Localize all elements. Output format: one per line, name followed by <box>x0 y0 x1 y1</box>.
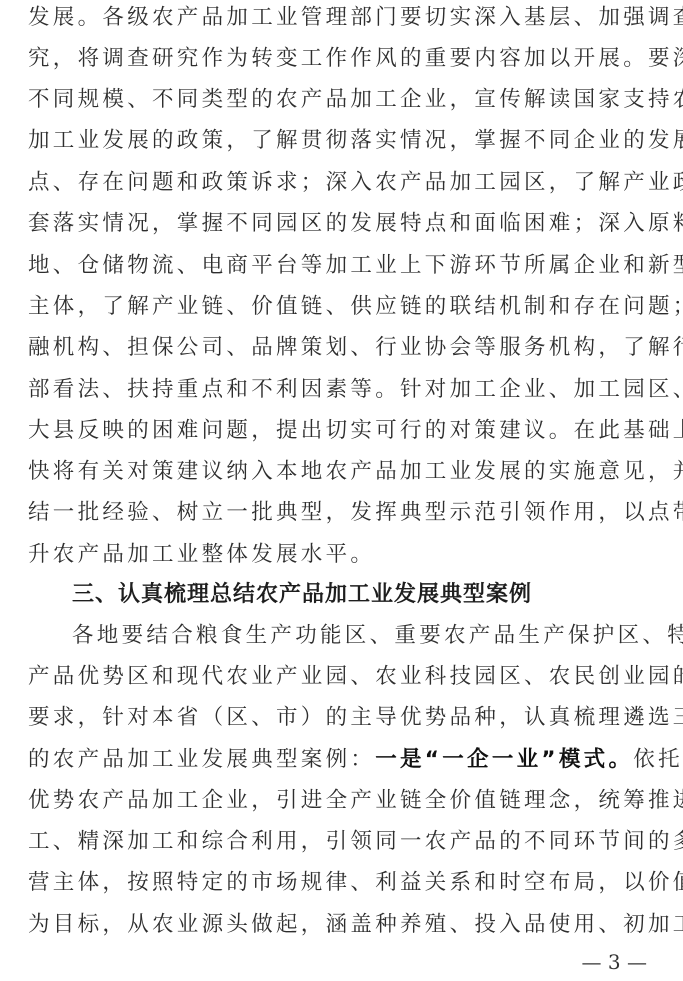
text-line: 快将有关对策建议纳入本地农产品加工业发展的实施意见，并总 <box>28 457 660 487</box>
text-line: 产品优势区和现代农业产业园、农业科技园区、农民创业园的建设 <box>28 662 660 692</box>
section-heading: 三、认真梳理总结农产品加工业发展典型案例 <box>72 580 532 610</box>
text-span: 的农产品加工业发展典型案例： <box>28 747 375 772</box>
text-line: 不同规模、不同类型的农产品加工企业，宣传解读国家支持农产品 <box>28 85 660 115</box>
text-line: 套落实情况，掌握不同园区的发展特点和面临困难；深入原料基 <box>28 209 660 239</box>
text-line: 大县反映的困难问题，提出切实可行的对策建议。在此基础上，尽 <box>28 416 660 446</box>
text-span: 依托特色 <box>633 747 683 772</box>
text-line: 工、精深加工和综合利用，引领同一农产品的不同环节间的多个经 <box>28 827 660 857</box>
text-line: 各地要结合粮食生产功能区、重要农产品生产保护区、特色农 <box>28 621 660 651</box>
text-line: 点、存在问题和政策诉求；深入农产品加工园区，了解产业政策配 <box>28 168 660 198</box>
bold-model-name: 一是“一企一业”模式。 <box>375 747 633 772</box>
text-line: 部看法、扶持重点和不利因素等。针对加工企业、加工园区、加工 <box>28 375 660 405</box>
text-line: 结一批经验、树立一批典型，发挥典型示范引领作用，以点带面，提 <box>28 498 660 528</box>
text-line: 融机构、担保公司、品牌策划、行业协会等服务机构，了解行业的外 <box>28 333 660 363</box>
text-line-with-bold: 的农产品加工业发展典型案例：一是“一企一业”模式。依托特色 <box>28 745 660 775</box>
text-line: 究，将调查研究作为转变工作作风的重要内容加以开展。要深入 <box>28 44 660 74</box>
text-line: 地、仓储物流、电商平台等加工业上下游环节所属企业和新型经营 <box>28 251 660 281</box>
page-number: — 3 — <box>582 950 647 974</box>
text-line: 发展。各级农产品加工业管理部门要切实深入基层、加强调查研 <box>28 3 660 33</box>
text-line: 优势农产品加工企业，引进全产业链全价值链理念，统筹推进初加 <box>28 786 660 816</box>
text-line: 升农产品加工业整体发展水平。 <box>28 540 660 570</box>
text-line: 要求，针对本省（区、市）的主导优势品种，认真梳理遴选三个类型 <box>28 703 660 733</box>
text-line: 主体，了解产业链、价值链、供应链的联结机制和存在问题；深入金 <box>28 292 660 322</box>
text-line: 加工业发展的政策，了解贯彻落实情况，掌握不同企业的发展特 <box>28 126 660 156</box>
text-line: 为目标，从农业源头做起，涵盖种养殖、投入品使用、初加工、精深 <box>28 910 660 940</box>
text-line: 营主体，按照特定的市场规律、利益关系和时空布局，以价值增值 <box>28 868 660 898</box>
